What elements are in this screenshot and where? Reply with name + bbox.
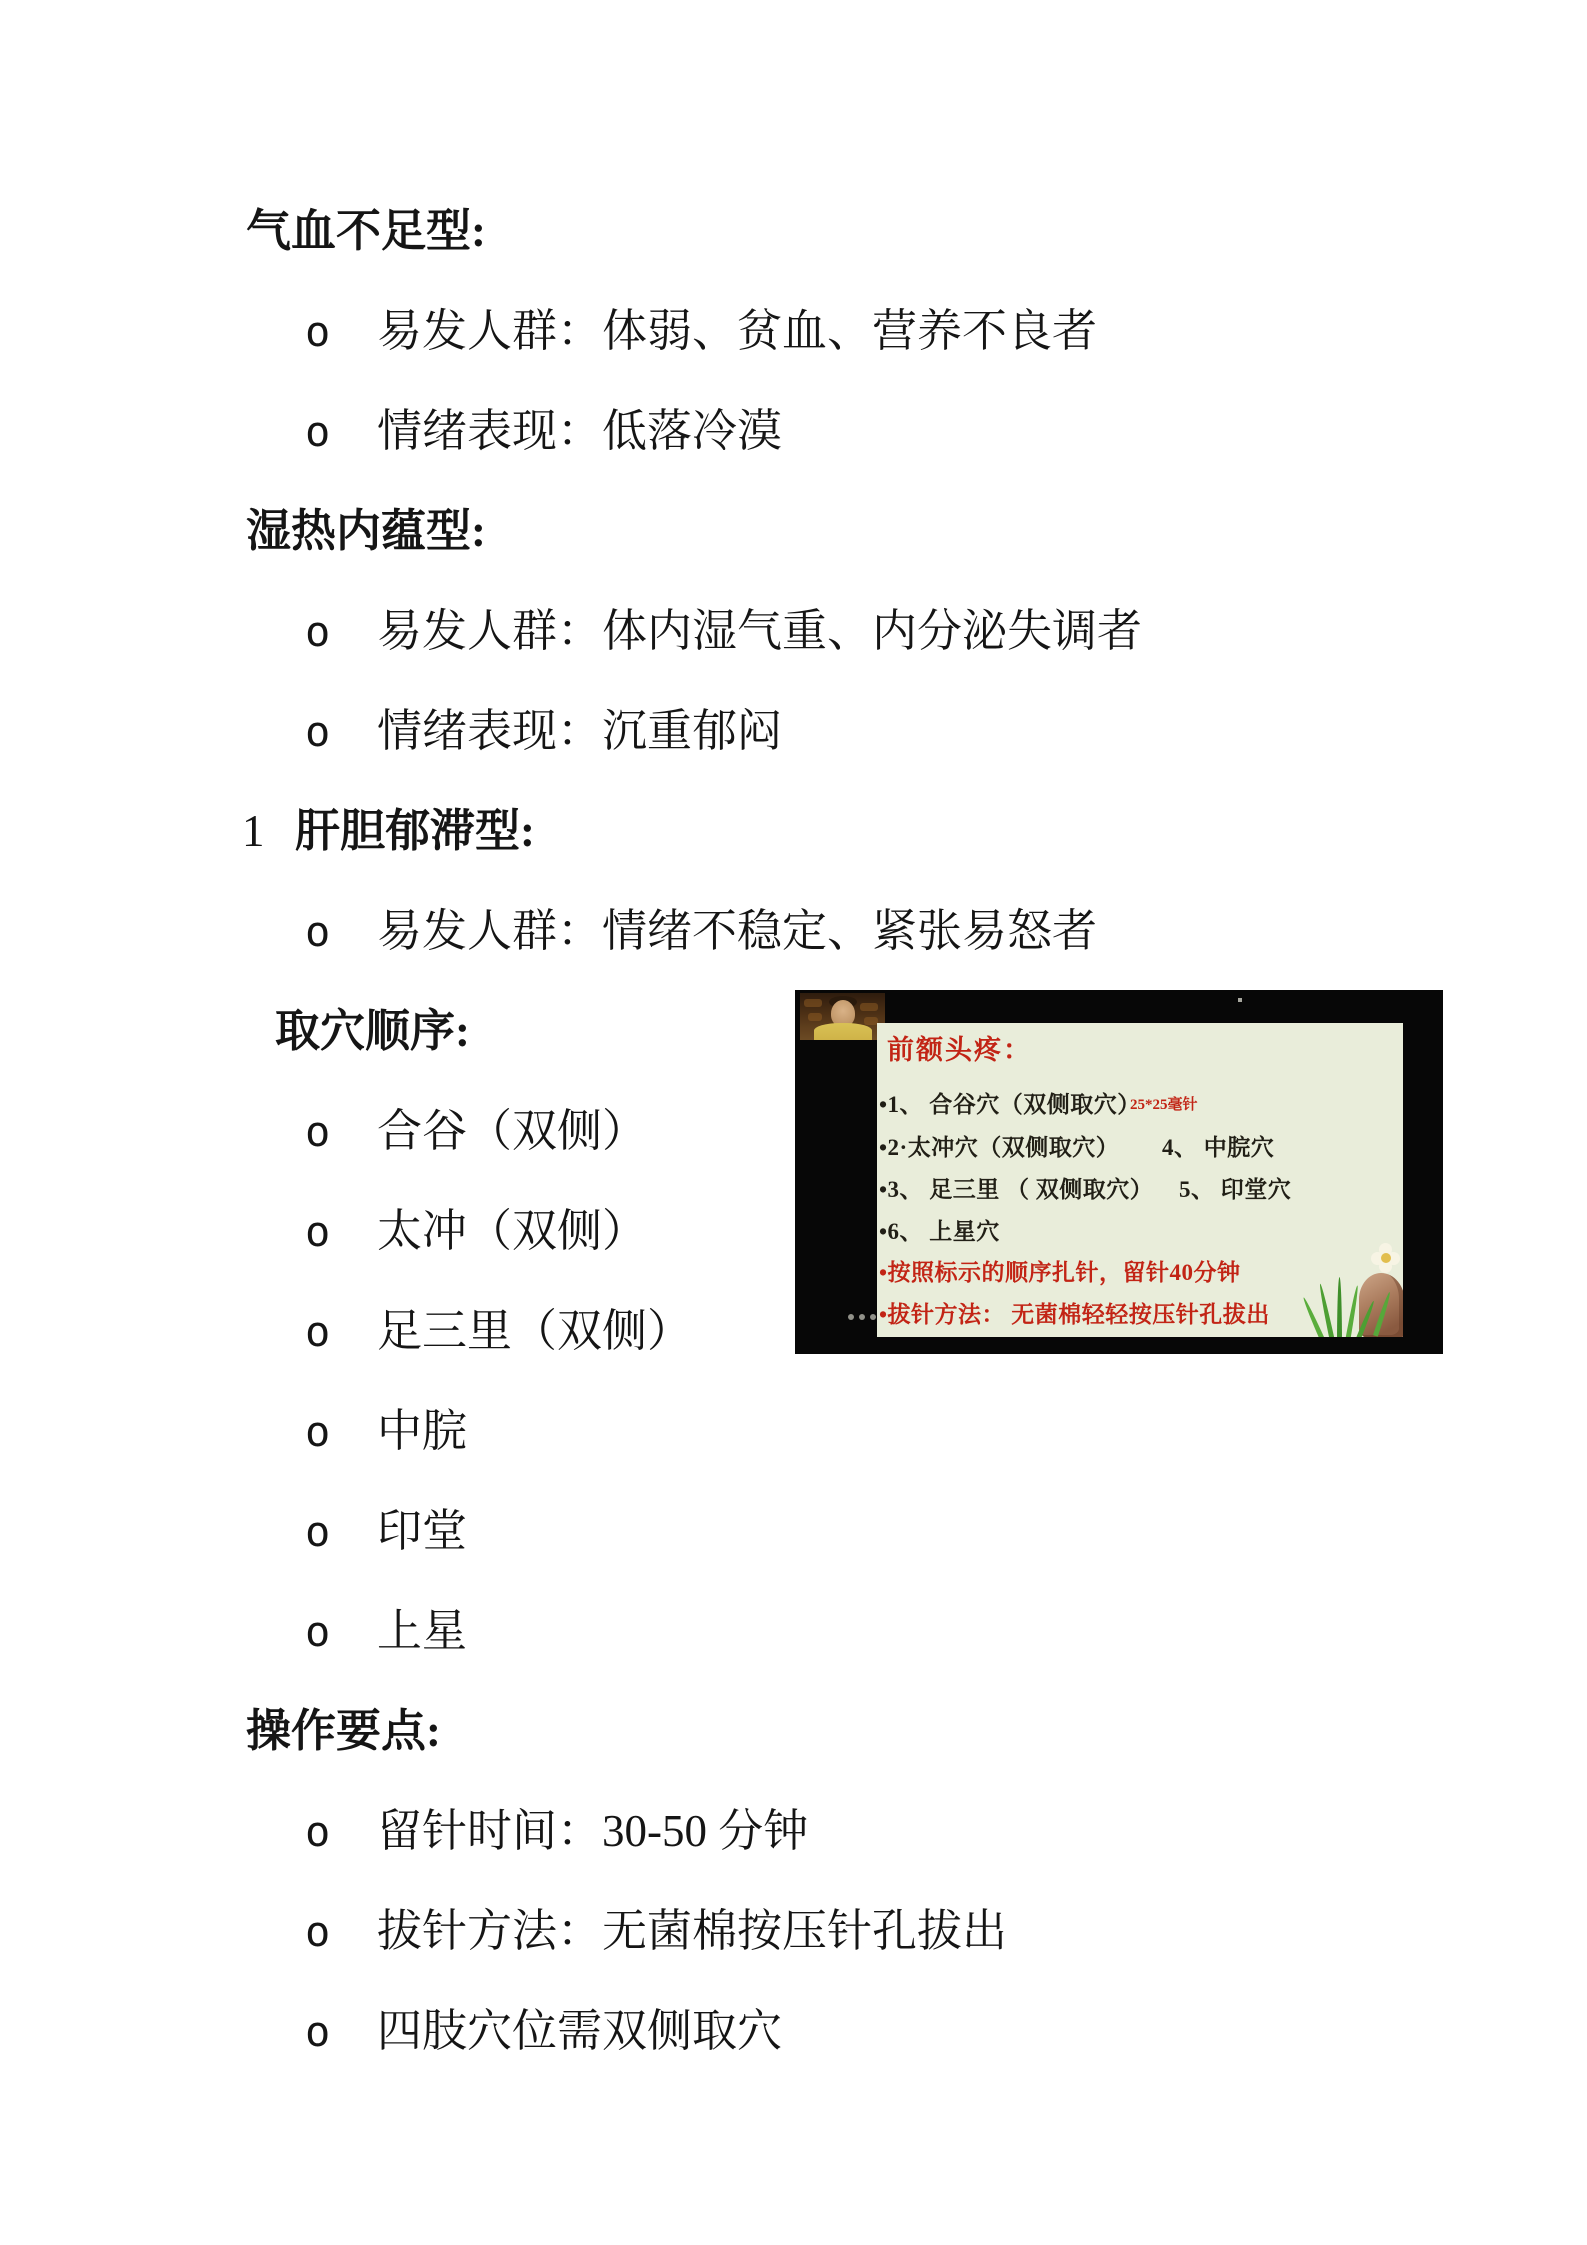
bullet-o-marker: o bbox=[305, 2007, 377, 2057]
bullet-o-marker: o bbox=[305, 607, 377, 657]
bullet-item: o留针时间：30-50 分钟 bbox=[305, 1806, 808, 1857]
bullet-item: o易发人群：体内湿气重、内分泌失调者 bbox=[305, 606, 1142, 657]
slide-line-text: •按照标示的顺序扎针，留针40分钟 bbox=[879, 1260, 1241, 1285]
bullet-text: 易发人群：情绪不稳定、紧张易怒者 bbox=[377, 906, 1097, 956]
bullet-text: 易发人群：体弱、贫血、营养不良者 bbox=[377, 306, 1097, 356]
list-number: 1 bbox=[242, 806, 295, 856]
slide-title: 前额头疼： bbox=[887, 1036, 1032, 1066]
bullet-item: o四肢穴位需双侧取穴 bbox=[305, 2006, 782, 2057]
webcam-background-blotch bbox=[804, 999, 822, 1007]
bullet-o-marker: o bbox=[305, 1107, 377, 1157]
heading-text: 取穴顺序: bbox=[275, 1006, 470, 1056]
section-heading: 湿热内蕴型: bbox=[246, 506, 486, 556]
slide-line-text: •2·太冲穴（双侧取穴） bbox=[879, 1135, 1119, 1160]
bullet-o-marker: o bbox=[305, 307, 377, 357]
bullet-item: o易发人群：情绪不稳定、紧张易怒者 bbox=[305, 906, 1097, 957]
slide-line-text: •拔针方法： 无菌棉轻轻按压针孔拔出 bbox=[879, 1302, 1270, 1327]
slide-bullet-line: •2·太冲穴（双侧取穴）4、 中脘穴 bbox=[879, 1134, 1119, 1162]
bullet-text: 留针时间：30-50 分钟 bbox=[377, 1806, 808, 1856]
bullet-o-marker: o bbox=[305, 1307, 377, 1357]
bullet-item: o情绪表现：沉重郁闷 bbox=[305, 706, 782, 757]
bullet-o-marker: o bbox=[305, 1407, 377, 1457]
heading-text: 气血不足型: bbox=[246, 206, 486, 256]
bullet-item: o足三里（双侧） bbox=[305, 1306, 692, 1357]
slide-line-second-column: 4、 中脘穴 bbox=[1162, 1134, 1274, 1162]
bullet-item: o易发人群：体弱、贫血、营养不良者 bbox=[305, 306, 1097, 357]
grass-decoration bbox=[1337, 1277, 1342, 1337]
bullet-text: 情绪表现：沉重郁闷 bbox=[377, 706, 782, 756]
bullet-item: o中脘 bbox=[305, 1406, 467, 1457]
grass-decoration bbox=[1343, 1285, 1360, 1337]
slide-line-text: •1、 合谷穴（双侧取穴） bbox=[879, 1092, 1141, 1117]
slide-bullet-line: •按照标示的顺序扎针，留针40分钟 bbox=[879, 1259, 1241, 1287]
video-noise-speck bbox=[1238, 998, 1242, 1002]
slide-bullet-line: •3、 足三里 （ 双侧取穴）5、 印堂穴 bbox=[879, 1176, 1153, 1204]
slide-bullet-line: •6、 上星穴 bbox=[879, 1218, 1000, 1246]
bullet-o-marker: o bbox=[305, 1507, 377, 1557]
bullet-item: o合谷（双侧） bbox=[305, 1106, 647, 1157]
bullet-text: 易发人群：体内湿气重、内分泌失调者 bbox=[377, 606, 1142, 656]
embedded-slide-image[interactable]: 前额头疼： •1、 合谷穴（双侧取穴）25*25毫针•2·太冲穴（双侧取穴）4、… bbox=[795, 990, 1443, 1354]
bullet-item: o情绪表现：低落冷漠 bbox=[305, 406, 782, 457]
bullet-item: o印堂 bbox=[305, 1506, 467, 1557]
bullet-o-marker: o bbox=[305, 1907, 377, 1957]
bullet-item: o太冲（双侧） bbox=[305, 1206, 647, 1257]
webcam-background-blotch bbox=[860, 1003, 878, 1011]
webcam-person-shirt bbox=[814, 1023, 872, 1040]
bullet-text: 足三里（双侧） bbox=[377, 1306, 692, 1356]
slide-line-text: •6、 上星穴 bbox=[879, 1219, 1000, 1244]
bullet-text: 上星 bbox=[377, 1606, 467, 1656]
flower-decoration bbox=[1371, 1243, 1401, 1273]
webcam-thumbnail bbox=[800, 993, 885, 1040]
slide-line-text: •3、 足三里 （ 双侧取穴） bbox=[879, 1177, 1153, 1202]
section-heading: 操作要点: bbox=[246, 1706, 441, 1756]
bullet-text: 四肢穴位需双侧取穴 bbox=[377, 2006, 782, 2056]
slide-bullet-line: •拔针方法： 无菌棉轻轻按压针孔拔出 bbox=[879, 1301, 1270, 1329]
webcam-background-blotch bbox=[864, 1017, 878, 1025]
bullet-o-marker: o bbox=[305, 407, 377, 457]
player-progress-dots bbox=[848, 1314, 876, 1320]
rock-decoration bbox=[1359, 1273, 1403, 1337]
heading-text: 湿热内蕴型: bbox=[246, 506, 486, 556]
bullet-o-marker: o bbox=[305, 1807, 377, 1857]
bullet-o-marker: o bbox=[305, 707, 377, 757]
bullet-o-marker: o bbox=[305, 1607, 377, 1657]
slide-line-second-column: 5、 印堂穴 bbox=[1179, 1176, 1291, 1204]
webcam-background-blotch bbox=[808, 1013, 822, 1021]
section-heading: 气血不足型: bbox=[246, 206, 486, 256]
bullet-text: 合谷（双侧） bbox=[377, 1106, 647, 1156]
slide-content: 前额头疼： •1、 合谷穴（双侧取穴）25*25毫针•2·太冲穴（双侧取穴）4、… bbox=[877, 1023, 1403, 1337]
page: { "document": { "lines": [ {"kind":"head… bbox=[0, 0, 1587, 2245]
bullet-text: 情绪表现：低落冷漠 bbox=[377, 406, 782, 456]
bullet-o-marker: o bbox=[305, 1207, 377, 1257]
bullet-text: 拔针方法：无菌棉按压针孔拔出 bbox=[377, 1906, 1007, 1956]
section-heading: 1肝胆郁滞型: bbox=[242, 806, 535, 856]
bullet-text: 中脘 bbox=[377, 1406, 467, 1456]
needle-size-note: 25*25毫针 bbox=[1130, 1096, 1198, 1114]
bullet-text: 太冲（双侧） bbox=[377, 1206, 647, 1256]
bullet-text: 印堂 bbox=[377, 1506, 467, 1556]
slide-bullet-line: •1、 合谷穴（双侧取穴）25*25毫针 bbox=[879, 1091, 1141, 1119]
bullet-o-marker: o bbox=[305, 907, 377, 957]
section-heading: 取穴顺序: bbox=[275, 1006, 470, 1056]
heading-text: 操作要点: bbox=[246, 1706, 441, 1756]
heading-text: 肝胆郁滞型: bbox=[295, 806, 535, 856]
bullet-item: o上星 bbox=[305, 1606, 467, 1657]
bullet-item: o拔针方法：无菌棉按压针孔拔出 bbox=[305, 1906, 1007, 1957]
